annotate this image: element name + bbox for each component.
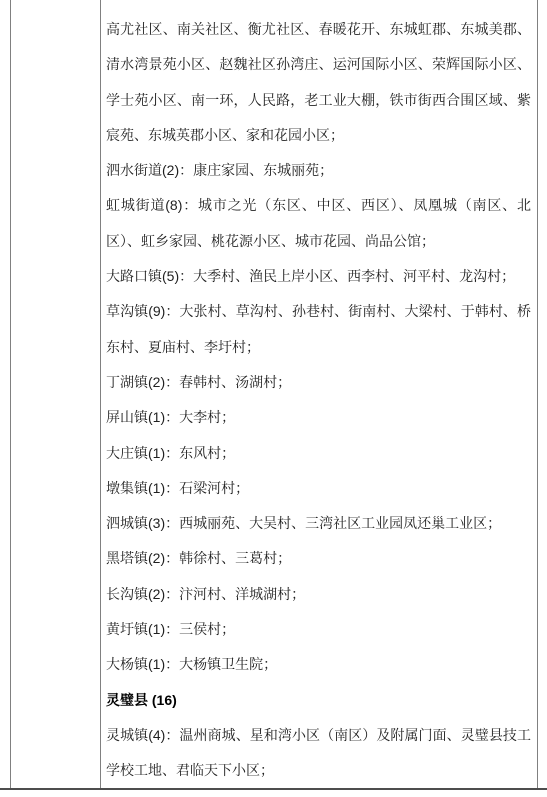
- paragraph: 虹城街道(8)：城市之光（东区、中区、西区）、凤凰城（南区、北区）、虹乡家园、桃…: [106, 188, 531, 259]
- section-heading: 灵璧县 (16): [106, 683, 531, 718]
- paragraph: 墩集镇(1)：石梁河村；: [106, 471, 531, 506]
- paragraph: 灵城镇(4)：温州商城、星和湾小区（南区）及附属门面、灵璧县技工学校工地、君临天…: [106, 718, 531, 789]
- paragraph: 泗水街道(2)：康庄家园、东城丽苑；: [106, 153, 531, 188]
- paragraph: 大庄镇(1)：东风村；: [106, 436, 531, 471]
- document-page: 高尤社区、南关社区、衡尤社区、春暖花开、东城虹郡、东城美郡、清水湾景苑小区、赵魏…: [0, 0, 547, 797]
- paragraph: 长沟镇(2)：汴河村、洋城湖村；: [106, 577, 531, 612]
- table-border-left: [10, 0, 11, 789]
- paragraph: 草沟镇(9)：大张村、草沟村、孙巷村、街南村、大梁村、于韩村、桥东村、夏庙村、李…: [106, 294, 531, 365]
- paragraph: 黑塔镇(2)：韩徐村、三葛村；: [106, 541, 531, 576]
- paragraph: 大杨镇(1)：大杨镇卫生院；: [106, 647, 531, 682]
- paragraph: 泗城镇(3)：西城丽苑、大吴村、三湾社区工业园凤还巢工业区；: [106, 506, 531, 541]
- paragraph: 黄圩镇(1)：三侯村；: [106, 612, 531, 647]
- paragraph: 屏山镇(1)：大李村；: [106, 400, 531, 435]
- paragraph: 高尤社区、南关社区、衡尤社区、春暖花开、东城虹郡、东城美郡、清水湾景苑小区、赵魏…: [106, 12, 531, 153]
- paragraph: 丁湖镇(2)：春韩村、汤湖村；: [106, 365, 531, 400]
- text-cell: 高尤社区、南关社区、衡尤社区、春暖花开、东城虹郡、东城美郡、清水湾景苑小区、赵魏…: [106, 12, 531, 789]
- table-column-divider: [100, 0, 101, 789]
- table-border-right: [537, 0, 538, 789]
- paragraph: 大路口镇(5)：大季村、渔民上岸小区、西李村、河平村、龙沟村；: [106, 259, 531, 294]
